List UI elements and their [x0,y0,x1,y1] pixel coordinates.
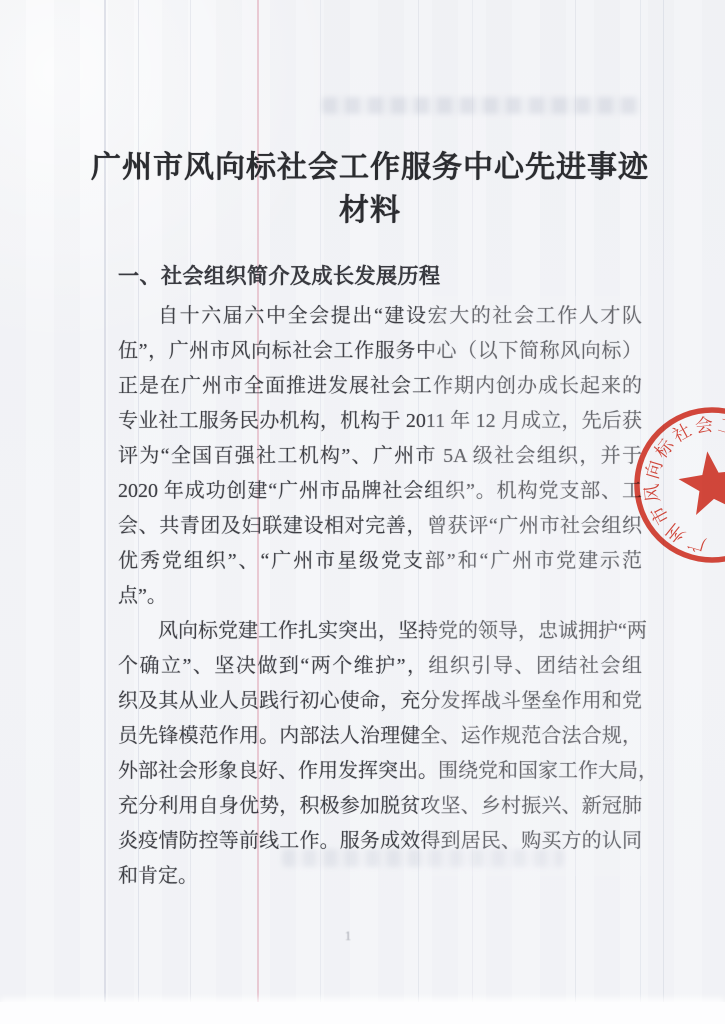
section-heading: 一、社会组织简介及成长发展历程 [118,263,642,290]
body-line: 会、共青团及妇联建设相对完善，曾获评“广州市社会组织 [118,509,642,544]
body-line: 伍”，广州市风向标社会工作服务中心（以下简称风向标） [118,334,642,369]
document-body: 自十六届六中全会提出“建设宏大的社会工作人才队 伍”，广州市风向标社会工作服务中… [118,299,642,894]
paragraph-2: 风向标党建工作扎实突出，坚持党的领导，忠诚拥护“两 个确立”、坚决做到“两个维护… [118,614,642,894]
scanned-document-page: 广州市风向标社会工作服务中心先进事迹 材料 一、社会组织简介及成长发展历程 自十… [0,0,725,1024]
scan-bottom-edge [0,1002,725,1024]
body-line: 外部社会形象良好、作用发挥突出。围绕党和国家工作大局， [118,754,642,789]
body-line: 和肯定。 [118,859,642,894]
body-line: 点”。 [118,579,642,614]
document-title-line2: 材料 [70,189,670,232]
body-line: 自十六届六中全会提出“建设宏大的社会工作人才队 [118,299,642,334]
document-title-line1: 广州市风向标社会工作服务中心先进事迹 [70,146,670,189]
body-line: 专业社工服务民办机构，机构于 2011 年 12 月成立，先后获 [118,404,642,439]
body-line: 优秀党组织”、“广州市星级党支部”和“广州市党建示范 [118,544,642,579]
body-line: 充分利用自身优势，积极参加脱贫攻坚、乡村振兴、新冠肺 [118,789,642,824]
body-line: 个确立”、坚决做到“两个维护”，组织引导、团结社会组 [118,649,642,684]
body-line: 风向标党建工作扎实突出，坚持党的领导，忠诚拥护“两 [118,614,642,649]
document-title: 广州市风向标社会工作服务中心先进事迹 材料 [70,146,670,232]
bleedthrough-artifact [322,97,640,114]
red-seal: 广州市风向标社会工作服务中心 [602,375,725,595]
body-line: 炎疫情防控等前线工作。服务成效得到居民、购买方的认同 [118,824,642,859]
seal-star-icon [675,447,725,517]
body-line: 2020 年成功创建“广州市品牌社会组织”。机构党支部、工 [118,474,642,509]
body-line: 员先锋模范作用。内部法人治理健全、运作规范合法合规， [118,719,642,754]
page-number: 1 [338,928,358,944]
body-line: 评为“全国百强社工机构”、广州市 5A 级社会组织，并于 [118,439,642,474]
body-line: 正是在广州市全面推进发展社会工作期内创办成长起来的 [118,369,642,404]
body-line: 织及其从业人员践行初心使命，充分发挥战斗堡垒作用和党 [118,684,642,719]
paragraph-1: 自十六届六中全会提出“建设宏大的社会工作人才队 伍”，广州市风向标社会工作服务中… [118,299,642,614]
